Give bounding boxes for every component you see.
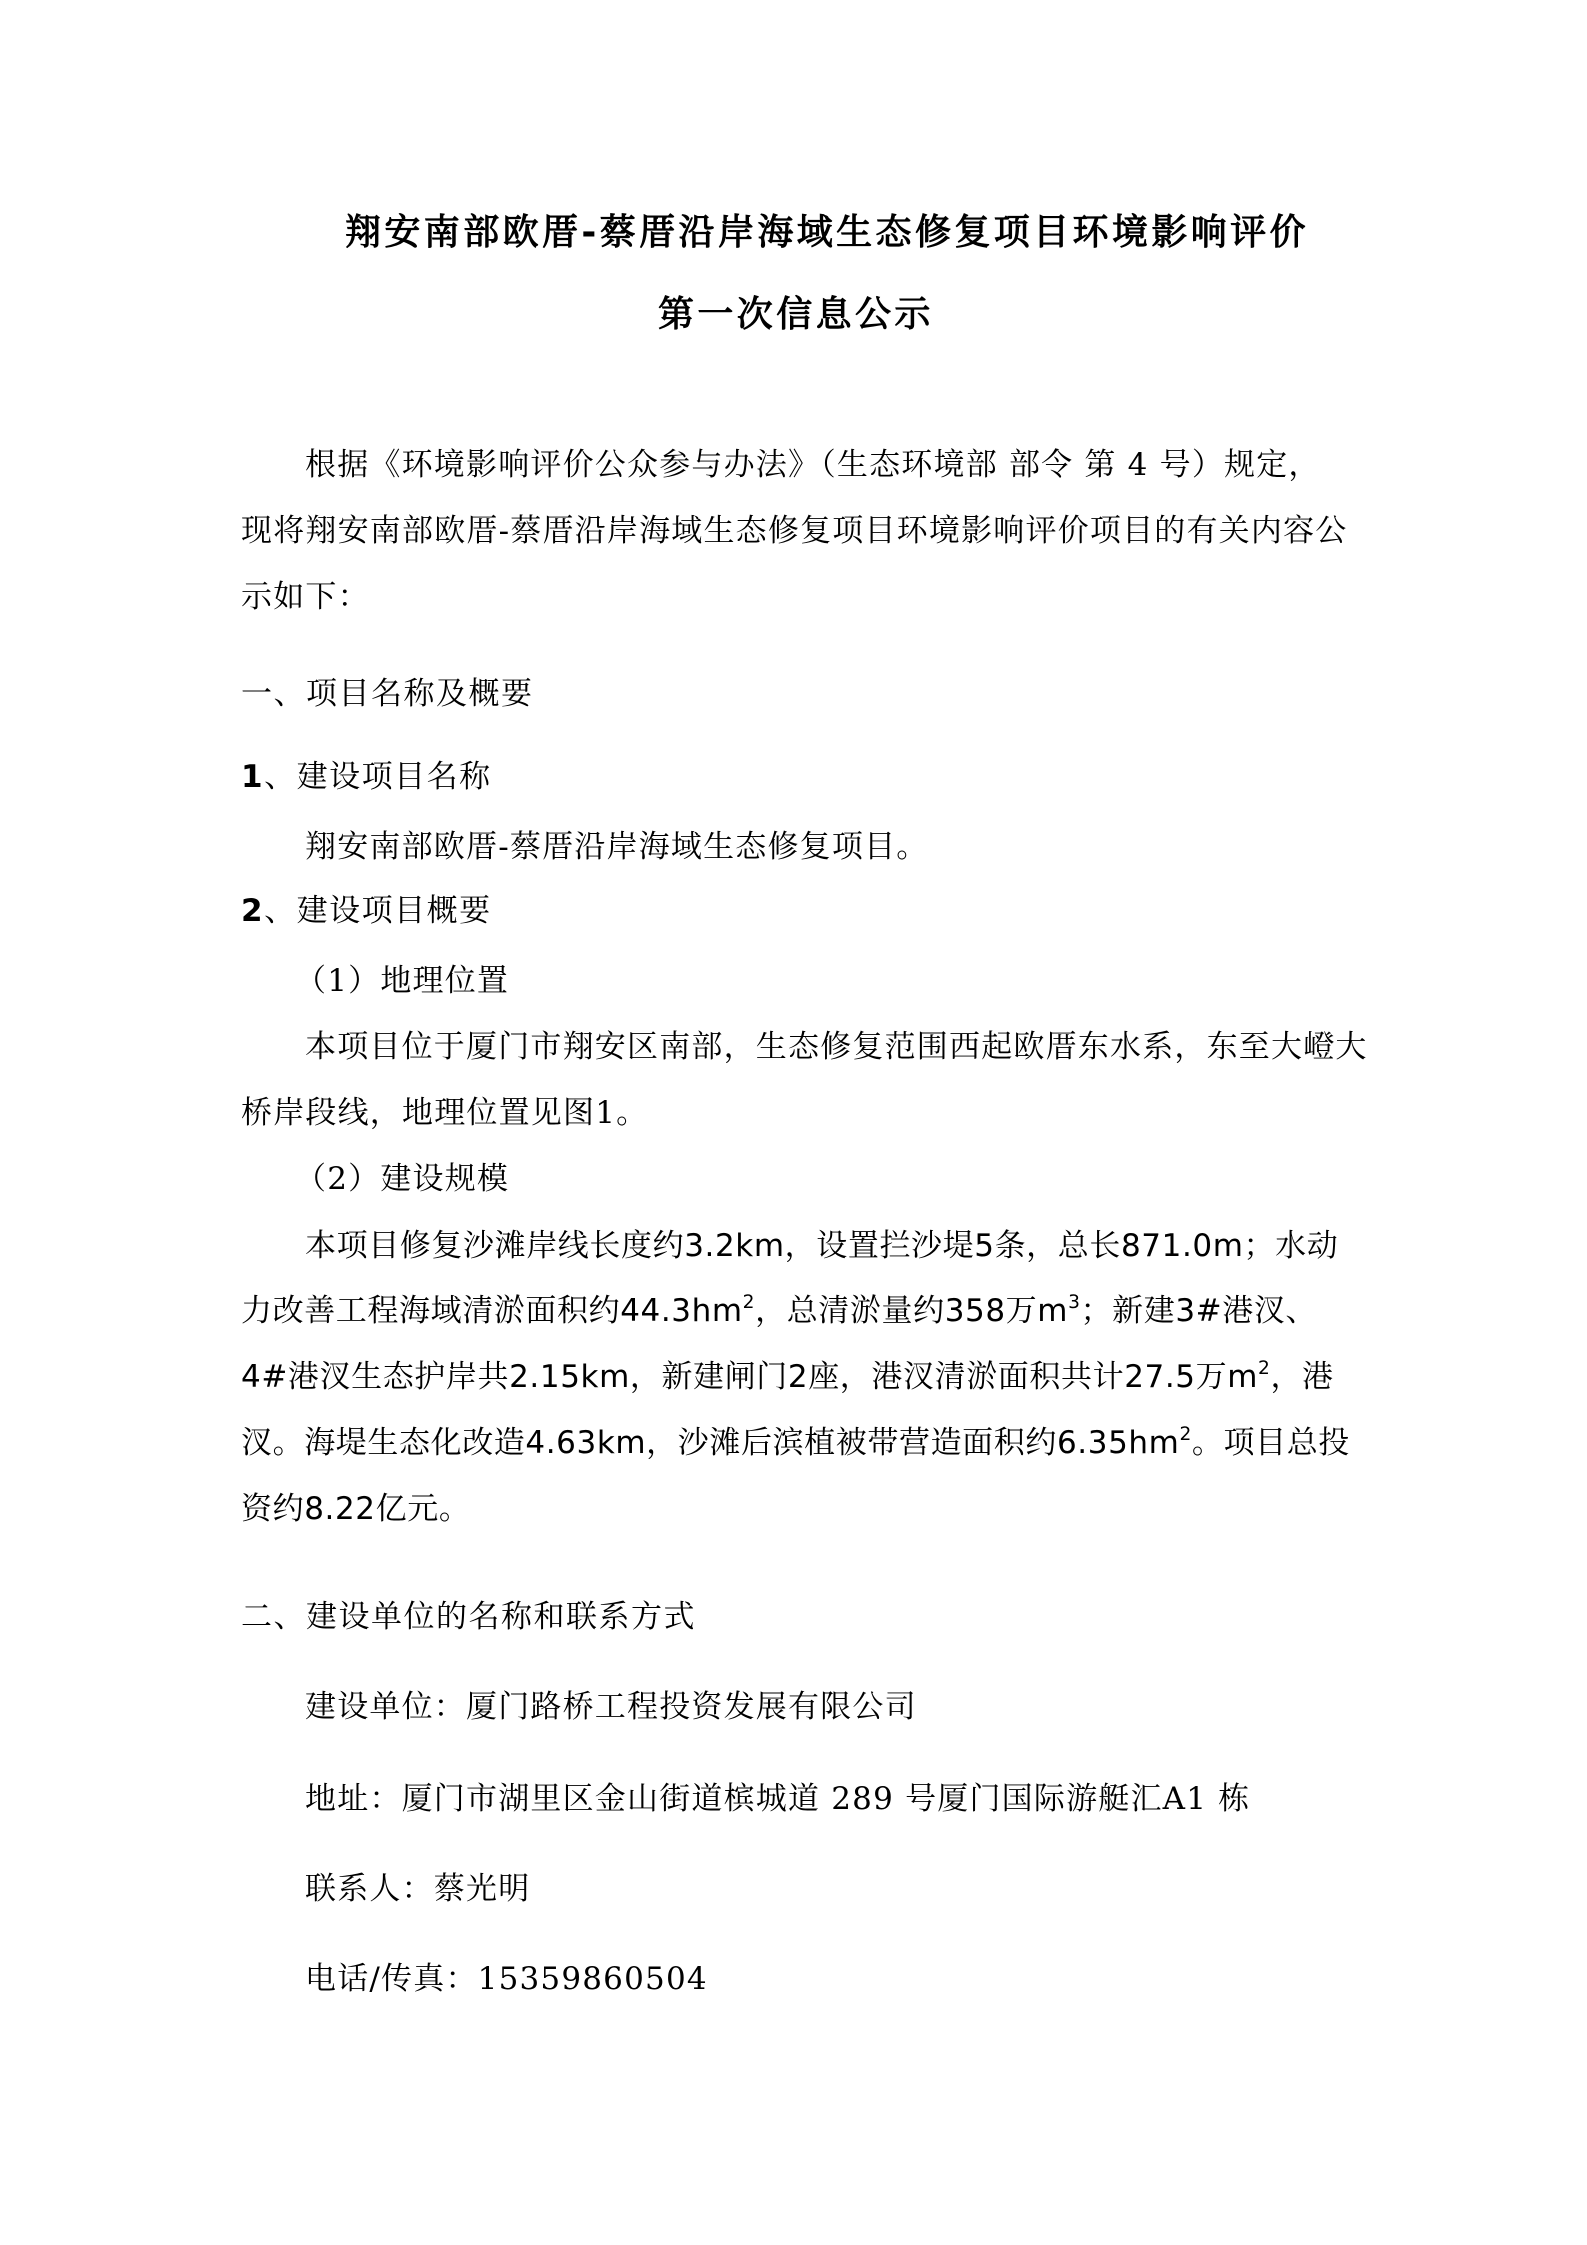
section1-sub1-heading: 1、建设项目名称	[241, 762, 492, 793]
address: 地址：厦门市湖里区金山街道槟城道 289 号厦门国际游艇汇A1 栋	[305, 1784, 1250, 1815]
section1-sub2-number: 2	[241, 893, 264, 929]
contact-person: 联系人：蔡光明	[305, 1874, 530, 1905]
intro-paragraph-line3: 示如下：	[241, 582, 370, 613]
scale-line2: 力改善工程海域清淤面积约44.3hm2，总清淤量约358万m3；新建3#港汊、	[241, 1296, 1317, 1327]
superscript-2: 2	[1179, 1424, 1191, 1445]
scale-line1: 本项目修复沙滩岸线长度约3.2km，设置拦沙堤5条，总长871.0m；水动	[305, 1231, 1338, 1262]
document-title-line1: 翔安南部欧厝-蔡厝沿岸海域生态修复项目环境影响评价	[345, 215, 1309, 251]
scale-line2-part-c: ；新建3#港汊、	[1081, 1293, 1318, 1329]
intro-paragraph-line1: 根据《环境影响评价公众参与办法》（生态环境部 部令 第 4 号）规定，	[305, 450, 1321, 481]
superscript-2: 2	[1258, 1358, 1270, 1379]
superscript-3: 3	[1068, 1292, 1080, 1313]
scale-line3-part-a: 4#港汊生态护岸共2.15km，新建闸门2座，港汊清淤面积共计27.5万m	[241, 1359, 1258, 1395]
location-line2: 桥岸段线，地理位置见图1。	[241, 1098, 648, 1129]
section1-sub1-title: 、建设项目名称	[264, 759, 492, 795]
scale-line4-part-a: 汊。海堤生态化改造4.63km，沙滩后滨植被带营造面积约6.35hm	[241, 1425, 1179, 1461]
document-page: 翔安南部欧厝-蔡厝沿岸海域生态修复项目环境影响评价 第一次信息公示 根据《环境影…	[0, 0, 1587, 2245]
section1-sub1-number: 1	[241, 759, 264, 795]
scale-line5: 资约8.22亿元。	[241, 1494, 470, 1525]
location-heading: （1）地理位置	[295, 966, 509, 997]
scale-line2-part-a: 力改善工程海域清淤面积约44.3hm	[241, 1293, 743, 1329]
intro-paragraph-line2: 现将翔安南部欧厝-蔡厝沿岸海域生态修复项目环境影响评价项目的有关内容公	[241, 516, 1347, 547]
project-name-text: 翔安南部欧厝-蔡厝沿岸海域生态修复项目。	[305, 832, 928, 863]
superscript-2: 2	[743, 1292, 755, 1313]
scale-line4: 汊。海堤生态化改造4.63km，沙滩后滨植被带营造面积约6.35hm2。项目总投	[241, 1428, 1350, 1459]
scale-line3: 4#港汊生态护岸共2.15km，新建闸门2座，港汊清淤面积共计27.5万m2，港	[241, 1362, 1334, 1393]
document-title-line2: 第一次信息公示	[658, 297, 934, 333]
section1-heading: 一、项目名称及概要	[241, 679, 534, 710]
section2-heading: 二、建设单位的名称和联系方式	[241, 1602, 696, 1633]
construction-unit: 建设单位：厦门路桥工程投资发展有限公司	[305, 1692, 917, 1723]
scale-heading: （2）建设规模	[295, 1164, 509, 1195]
section1-sub2-title: 、建设项目概要	[264, 893, 492, 929]
phone-fax: 电话/传真：15359860504	[305, 1964, 708, 1995]
scale-line4-part-b: 。项目总投	[1192, 1425, 1350, 1461]
location-line1: 本项目位于厦门市翔安区南部，生态修复范围西起欧厝东水系，东至大嶝大	[305, 1032, 1368, 1063]
scale-line3-part-b: ，港	[1270, 1359, 1333, 1395]
section1-sub2-heading: 2、建设项目概要	[241, 896, 492, 927]
scale-line2-part-b: ，总清淤量约358万m	[755, 1293, 1068, 1329]
